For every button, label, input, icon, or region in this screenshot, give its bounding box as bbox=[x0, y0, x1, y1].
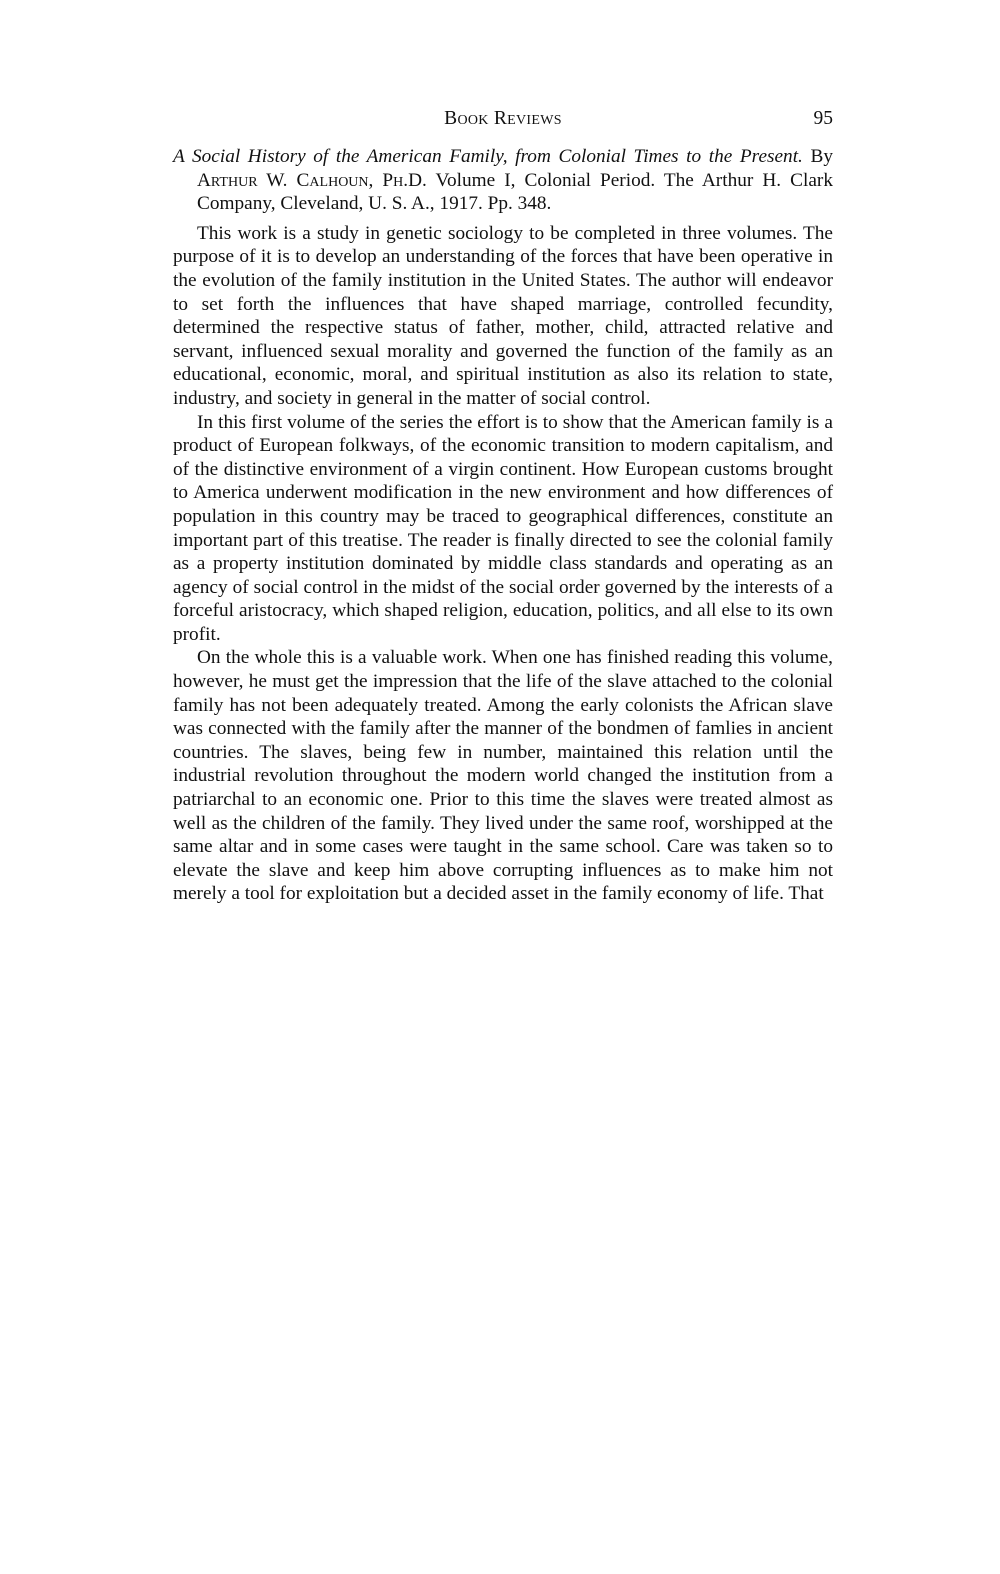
paragraph-2: In this first volume of the series the e… bbox=[173, 411, 833, 647]
by-label: By bbox=[810, 146, 833, 167]
paragraph-3: On the whole this is a valuable work. Wh… bbox=[173, 646, 833, 906]
page-number: 95 bbox=[814, 104, 834, 134]
document-page: Book Reviews 95 A Social History of the … bbox=[173, 104, 833, 906]
review-body: This work is a study in genetic sociolog… bbox=[173, 222, 833, 906]
book-author: Arthur W. Calhoun, Ph.D. bbox=[197, 170, 427, 191]
book-citation: A Social History of the American Family,… bbox=[173, 145, 833, 216]
running-title: Book Reviews bbox=[173, 104, 833, 134]
running-head: Book Reviews 95 bbox=[173, 104, 833, 134]
book-title: A Social History of the American Family,… bbox=[173, 146, 803, 167]
paragraph-1: This work is a study in genetic sociolog… bbox=[173, 222, 833, 411]
